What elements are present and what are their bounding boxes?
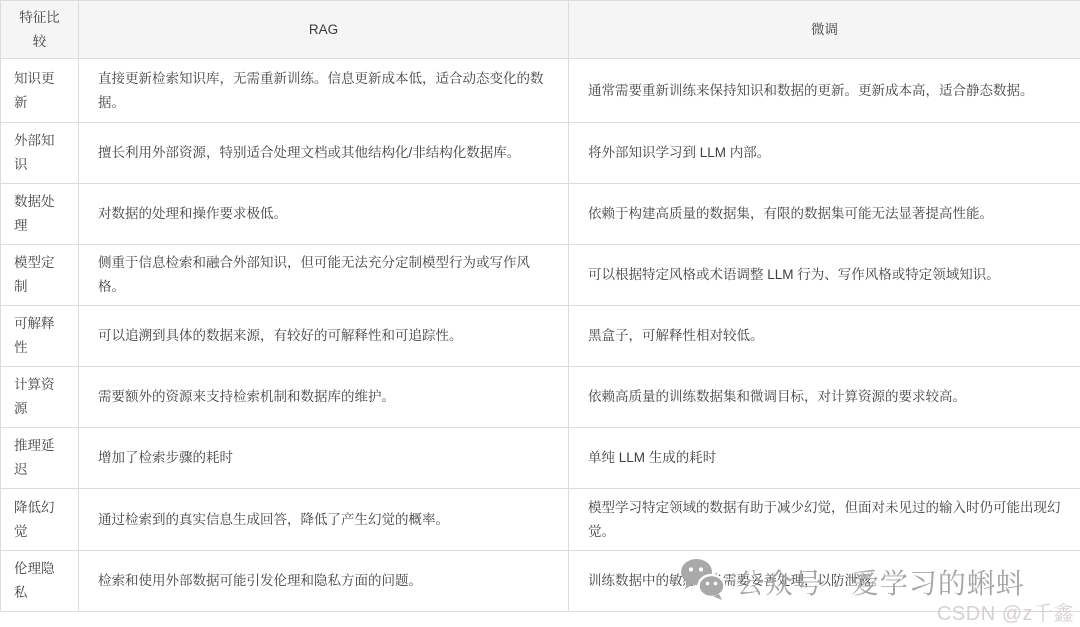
table-cell-rag: 直接更新检索知识库，无需重新训练。信息更新成本低，适合动态变化的数据。 <box>79 59 569 123</box>
rag-vs-finetune-table: 特征比较 RAG 微调 知识更新 直接更新检索知识库，无需重新训练。信息更新成本… <box>0 0 1080 612</box>
table-row: 可解释性 可以追溯到具体的数据来源，有较好的可解释性和可追踪性。 黑盒子，可解释… <box>1 306 1080 367</box>
row-header-cell: 降低幻觉 <box>1 489 79 551</box>
table-cell-rag: 增加了检索步骤的耗时 <box>79 428 569 489</box>
table-row: 降低幻觉 通过检索到的真实信息生成回答，降低了产生幻觉的概率。 模型学习特定领域… <box>1 489 1080 551</box>
table-cell-rag: 需要额外的资源来支持检索机制和数据库的维护。 <box>79 367 569 428</box>
table-header-row: 特征比较 RAG 微调 <box>1 1 1080 59</box>
table-row: 外部知识 擅长利用外部资源，特别适合处理文档或其他结构化/非结构化数据库。 将外… <box>1 123 1080 184</box>
row-header-cell: 模型定制 <box>1 245 79 306</box>
table-cell-rag: 可以追溯到具体的数据来源，有较好的可解释性和可追踪性。 <box>79 306 569 367</box>
header-finetune: 微调 <box>569 1 1080 59</box>
table-cell-finetune: 模型学习特定领域的数据有助于减少幻觉，但面对未见过的输入时仍可能出现幻觉。 <box>569 489 1080 551</box>
row-header-cell: 知识更新 <box>1 59 79 123</box>
row-header-cell: 推理延迟 <box>1 428 79 489</box>
table-cell-rag: 通过检索到的真实信息生成回答，降低了产生幻觉的概率。 <box>79 489 569 551</box>
row-header-cell: 数据处理 <box>1 184 79 245</box>
header-rag: RAG <box>79 1 569 59</box>
table-row: 知识更新 直接更新检索知识库，无需重新训练。信息更新成本低，适合动态变化的数据。… <box>1 59 1080 123</box>
table-cell-rag: 侧重于信息检索和融合外部知识，但可能无法充分定制模型行为或写作风格。 <box>79 245 569 306</box>
table-row: 模型定制 侧重于信息检索和融合外部知识，但可能无法充分定制模型行为或写作风格。 … <box>1 245 1080 306</box>
table-cell-rag: 对数据的处理和操作要求极低。 <box>79 184 569 245</box>
table-cell-finetune: 黑盒子，可解释性相对较低。 <box>569 306 1080 367</box>
row-header-cell: 计算资源 <box>1 367 79 428</box>
table-cell-finetune: 可以根据特定风格或术语调整 LLM 行为、写作风格或特定领域知识。 <box>569 245 1080 306</box>
table-row: 数据处理 对数据的处理和操作要求极低。 依赖于构建高质量的数据集，有限的数据集可… <box>1 184 1080 245</box>
page: 特征比较 RAG 微调 知识更新 直接更新检索知识库，无需重新训练。信息更新成本… <box>0 0 1080 627</box>
table-cell-rag: 检索和使用外部数据可能引发伦理和隐私方面的问题。 <box>79 551 569 612</box>
table-row: 推理延迟 增加了检索步骤的耗时 单纯 LLM 生成的耗时 <box>1 428 1080 489</box>
row-header-cell: 外部知识 <box>1 123 79 184</box>
row-header-cell: 可解释性 <box>1 306 79 367</box>
table-cell-rag: 擅长利用外部资源，特别适合处理文档或其他结构化/非结构化数据库。 <box>79 123 569 184</box>
row-header-cell: 伦理隐私 <box>1 551 79 612</box>
table-cell-finetune: 依赖高质量的训练数据集和微调目标，对计算资源的要求较高。 <box>569 367 1080 428</box>
table-cell-finetune: 将外部知识学习到 LLM 内部。 <box>569 123 1080 184</box>
header-feature: 特征比较 <box>1 1 79 59</box>
table-row: 计算资源 需要额外的资源来支持检索机制和数据库的维护。 依赖高质量的训练数据集和… <box>1 367 1080 428</box>
table-cell-finetune: 通常需要重新训练来保持知识和数据的更新。更新成本高，适合静态数据。 <box>569 59 1080 123</box>
table-row: 伦理隐私 检索和使用外部数据可能引发伦理和隐私方面的问题。 训练数据中的敏感信息… <box>1 551 1080 612</box>
table-cell-finetune: 依赖于构建高质量的数据集，有限的数据集可能无法显著提高性能。 <box>569 184 1080 245</box>
table-cell-finetune: 单纯 LLM 生成的耗时 <box>569 428 1080 489</box>
table-cell-finetune: 训练数据中的敏感信息需要妥善处理，以防泄露。 <box>569 551 1080 612</box>
